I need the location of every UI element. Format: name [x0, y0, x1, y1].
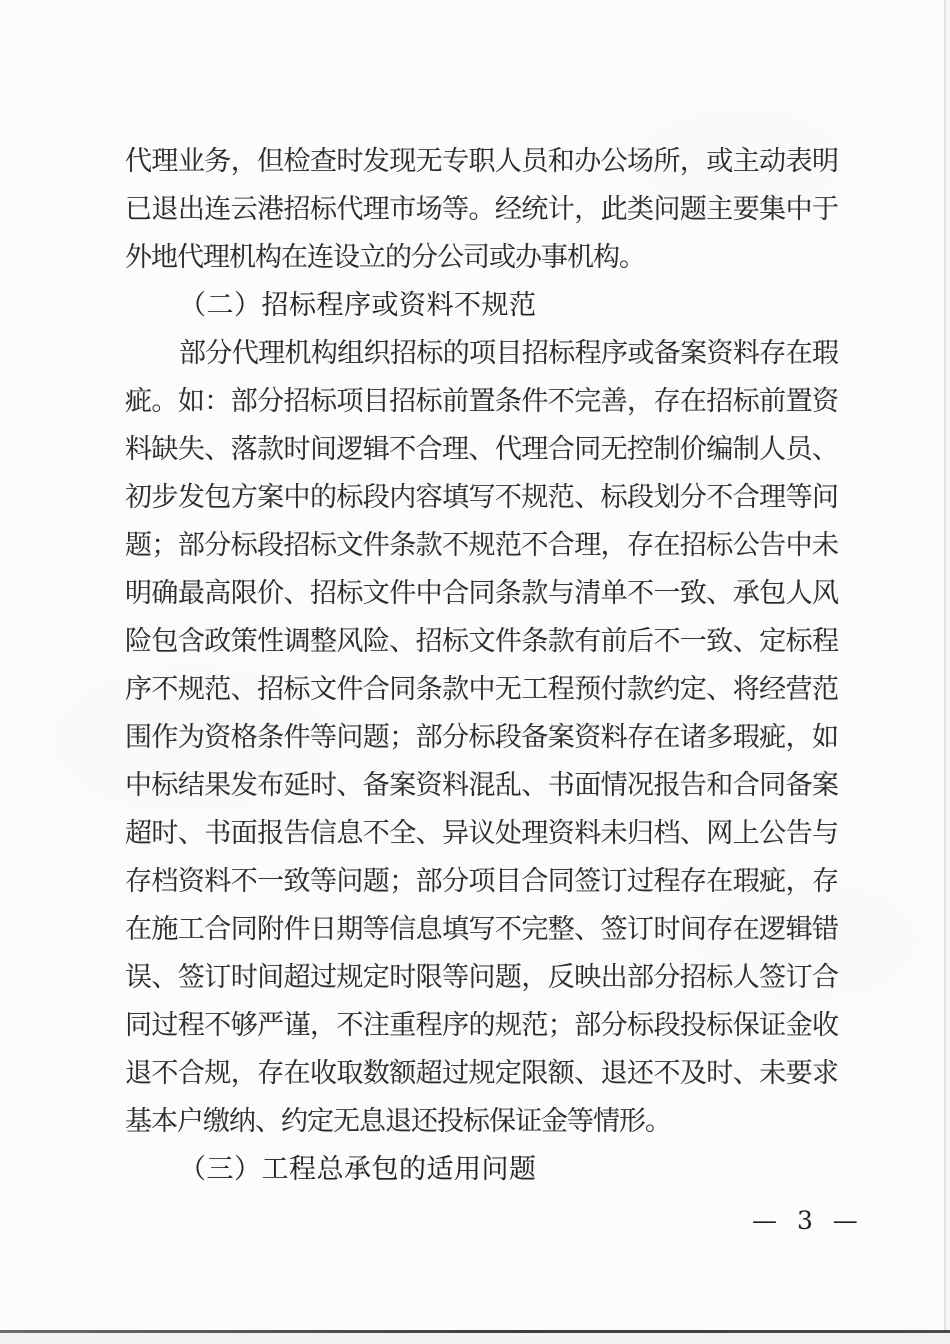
text-line: 初步发包方案中的标段内容填写不规范、标段划分不合理等问: [125, 474, 838, 522]
text-line: 中标结果发布延时、备案资料混乱、书面情况报告和合同备案: [125, 762, 838, 810]
text-line: 险包含政策性调整风险、招标文件条款有前后不一致、定标程: [125, 618, 838, 666]
document-body: 代理业务，但检查时发现无专职人员和办公场所，或主动表明已退出连云港招标代理市场等…: [125, 138, 838, 1194]
text-line: 题；部分标段招标文件条款不规范不合理，存在招标公告中未: [125, 522, 838, 570]
text-line: 误、签订时间超过规定时限等问题，反映出部分招标人签订合: [125, 954, 838, 1002]
text-line: 料缺失、落款时间逻辑不合理、代理合同无控制价编制人员、: [125, 426, 838, 474]
text-line: 超时、书面报告信息不全、异议处理资料未归档、网上公告与: [125, 810, 838, 858]
text-line: 代理业务，但检查时发现无专职人员和办公场所，或主动表明: [125, 138, 838, 186]
text-line: 明确最高限价、招标文件中合同条款与清单不一致、承包人风: [125, 570, 838, 618]
text-line: 退不合规，存在收取数额超过规定限额、退还不及时、未要求: [125, 1050, 838, 1098]
page-number: — 3 —: [752, 1206, 860, 1235]
text-line: 围作为资格条件等问题；部分标段备案资料存在诸多瑕疵，如: [125, 714, 838, 762]
scan-edge-bottom-strip: [0, 1333, 950, 1344]
text-line: 已退出连云港招标代理市场等。经统计，此类问题主要集中于: [125, 186, 838, 234]
text-line: 基本户缴纳、约定无息退还投标保证金等情形。: [125, 1098, 838, 1146]
text-line: 疵。如：部分招标项目招标前置条件不完善，存在招标前置资: [125, 378, 838, 426]
text-line: 外地代理机构在连设立的分公司或办事机构。: [125, 234, 838, 282]
text-line: 序不规范、招标文件合同条款中无工程预付款约定、将经营范: [125, 666, 838, 714]
scan-edge-right-strip: [946, 0, 950, 1330]
text-line: 在施工合同附件日期等信息填写不完整、签订时间存在逻辑错: [125, 906, 838, 954]
text-line: 部分代理机构组织招标的项目招标程序或备案资料存在瑕: [125, 330, 838, 378]
section-heading: （三）工程总承包的适用问题: [125, 1146, 838, 1194]
section-heading: （二）招标程序或资料不规范: [125, 282, 838, 330]
text-line: 同过程不够严谨，不注重程序的规范；部分标段投标保证金收: [125, 1002, 838, 1050]
text-line: 存档资料不一致等问题；部分项目合同签订过程存在瑕疵，存: [125, 858, 838, 906]
scanned-document-page: 代理业务，但检查时发现无专职人员和办公场所，或主动表明已退出连云港招标代理市场等…: [0, 0, 950, 1344]
